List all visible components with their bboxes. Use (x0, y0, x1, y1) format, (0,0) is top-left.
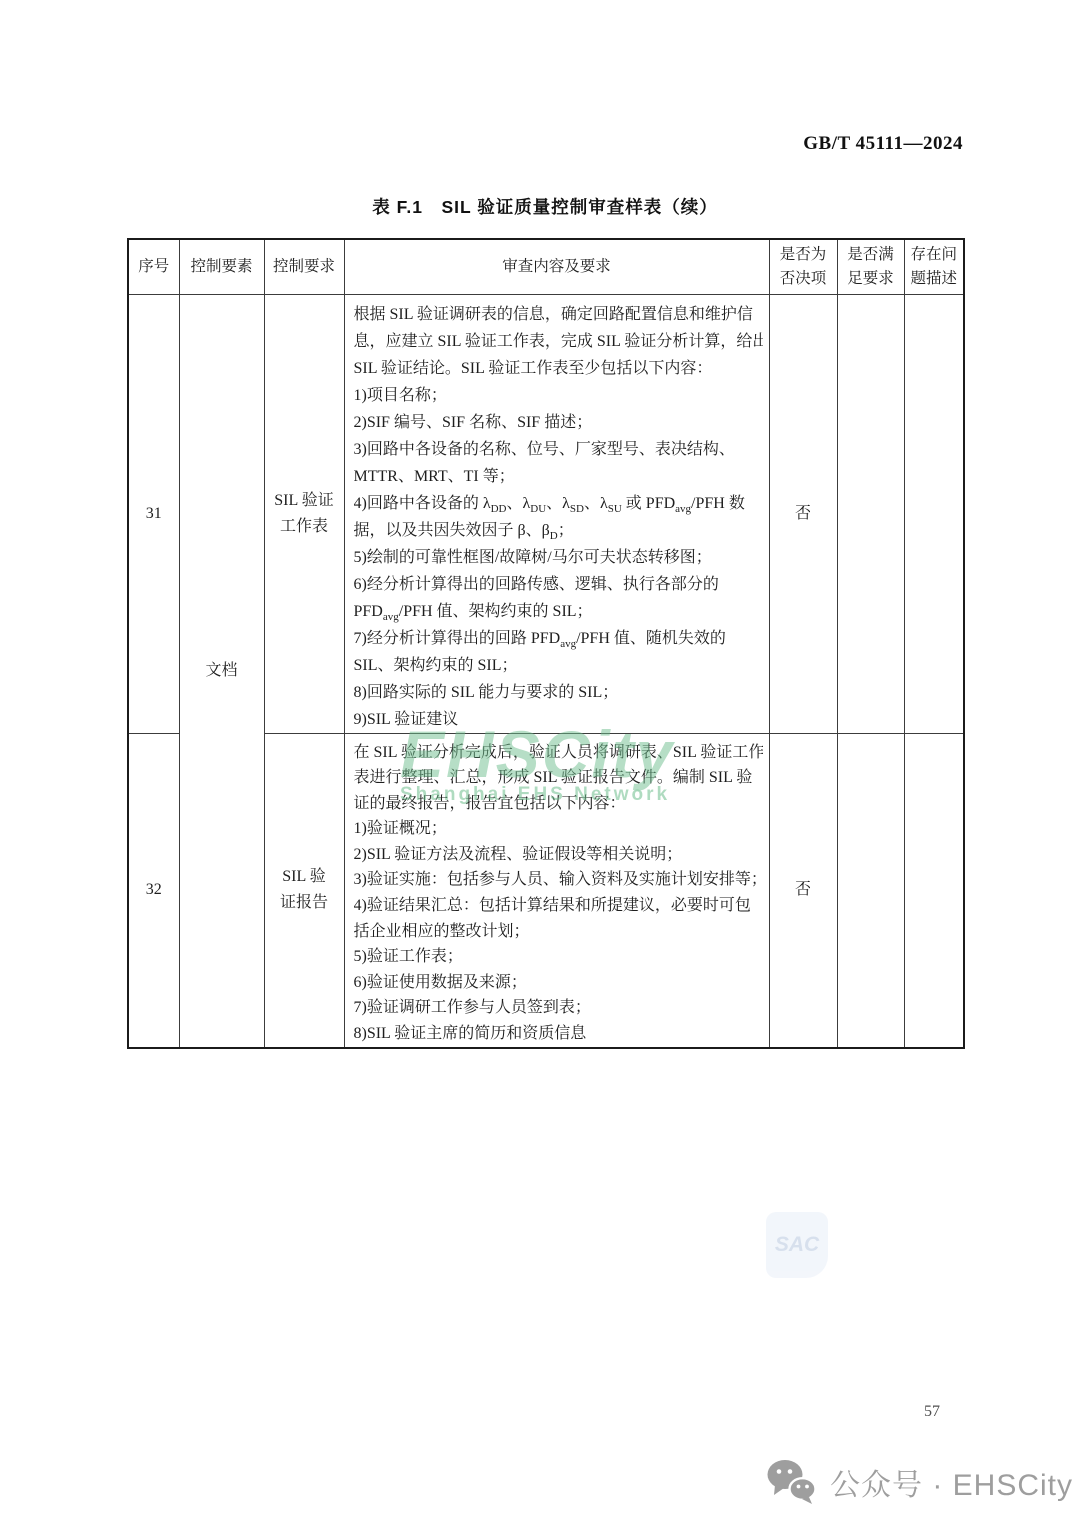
content-cell-32: 在 SIL 验证分析完成后，验证人员将调研表、SIL 验证工作表进行整理、汇总，… (344, 733, 769, 1048)
sac-logo-text: SAC (775, 1233, 819, 1257)
table-header-row: 序号 控制要素 控制要求 审查内容及要求 是否为 否决项 是否满 足要求 存在问… (128, 239, 964, 294)
content-cell-31: 根据 SIL 验证调研表的信息，确定回路配置信息和维护信息，应建立 SIL 验证… (344, 294, 769, 733)
sac-logo-watermark: SAC (766, 1212, 828, 1278)
col-header-issue: 存在问 题描述 (904, 239, 964, 294)
seq-cell-32: 32 (128, 733, 179, 1048)
table-title: 表 F.1 SIL 验证质量控制审查样表（续） (127, 194, 963, 219)
col-header-veto: 是否为 否决项 (769, 239, 837, 294)
element-cell-document: 文档 (179, 294, 264, 1048)
requirement-cell-31: SIL 验证 工作表 (264, 294, 344, 733)
col-header-satisfy: 是否满 足要求 (837, 239, 904, 294)
satisfy-cell-31 (837, 294, 904, 733)
veto-cell-32: 否 (769, 733, 837, 1048)
col-header-element: 控制要素 (179, 239, 264, 294)
requirement-cell-32: SIL 验 证报告 (264, 733, 344, 1048)
wechat-icon (766, 1458, 816, 1505)
table-row: 31 文档 SIL 验证 工作表 根据 SIL 验证调研表的信息，确定回路配置信… (128, 294, 964, 733)
issue-cell-31 (904, 294, 964, 733)
satisfy-cell-32 (837, 733, 904, 1048)
standard-doc-number: GB/T 45111—2024 (0, 133, 963, 155)
footer-banner: 公众号 · EHSCity (766, 1458, 1073, 1505)
footer-label: 公众号 · EHSCity (830, 1460, 1073, 1504)
col-header-content: 审查内容及要求 (344, 239, 769, 294)
document-page: { "header": { "doc_number": "GB/T 45111—… (0, 0, 1080, 1528)
seq-cell-31: 31 (128, 294, 179, 733)
col-header-seq: 序号 (128, 239, 179, 294)
issue-cell-32 (904, 733, 964, 1048)
col-header-requirement: 控制要求 (264, 239, 344, 294)
page-number: 57 (0, 1403, 940, 1421)
veto-cell-31: 否 (769, 294, 837, 733)
review-table: 序号 控制要素 控制要求 审查内容及要求 是否为 否决项 是否满 足要求 存在问… (127, 238, 965, 1049)
